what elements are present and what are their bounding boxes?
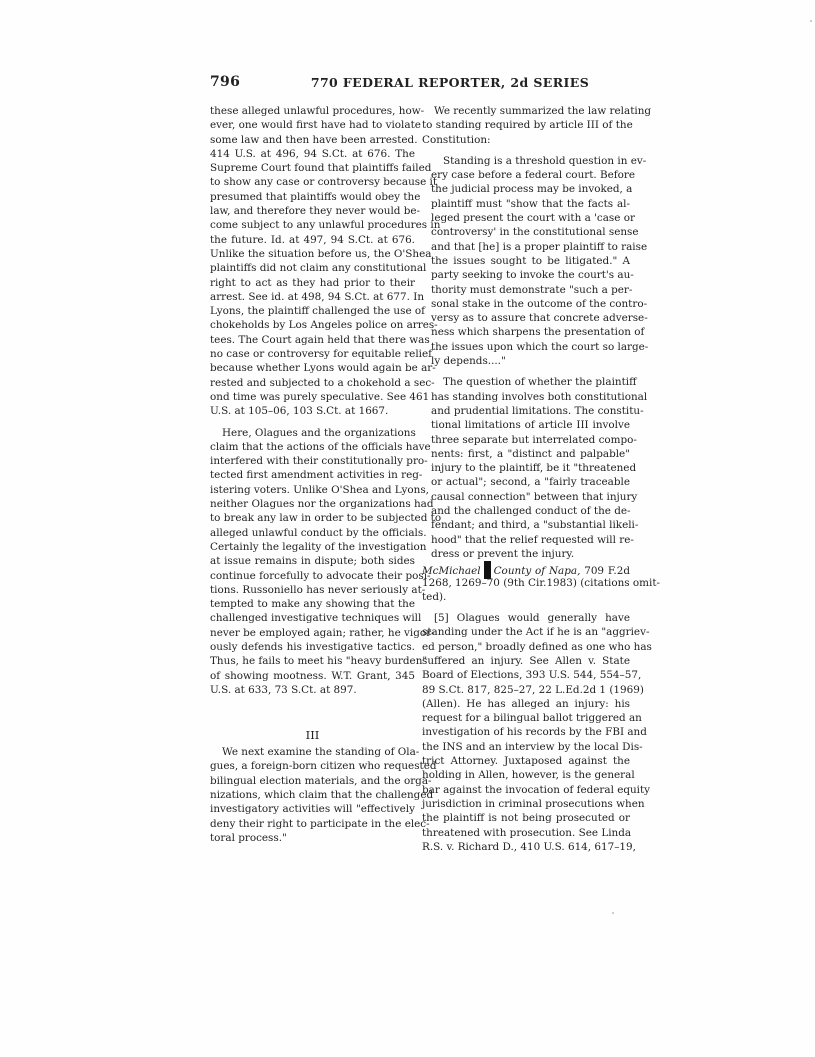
text-line: controversy' in the constitutional sense — [431, 225, 630, 239]
text-line: to standing required by article III of t… — [422, 118, 630, 132]
paragraph: Here, Olagues and the organizations clai… — [210, 426, 415, 698]
text-line: plaintiff must "show that the facts al- — [431, 197, 630, 211]
scan-artifact — [810, 20, 812, 22]
text-line: the issues upon which the court so large… — [431, 340, 630, 354]
text-line: Constitution: — [422, 133, 630, 147]
paragraph: these alleged unlawful procedures, how- … — [210, 104, 415, 419]
text-line: ously defends his investigative tactics. — [210, 640, 415, 654]
text-line: ery case before a federal court. Before — [431, 168, 630, 182]
text-line: of showing mootness. W.T. Grant, 345 — [210, 669, 415, 683]
text-line: threatened with prosecution. See Linda — [422, 826, 630, 840]
text-line: to break any law in order to be subjecte… — [210, 511, 415, 525]
text-line: Certainly the legality of the investigat… — [210, 540, 415, 554]
text-line: Lyons, the plaintiff challenged the use … — [210, 304, 415, 318]
text-line: jurisdiction in criminal prosecutions wh… — [422, 797, 630, 811]
text-line: Here, Olagues and the organizations — [210, 426, 415, 440]
text-line: never be employed again; rather, he vigo… — [210, 626, 415, 640]
citation: McMichaelCounty of Napa, 709 F.2d 1268, … — [422, 561, 630, 604]
text-line: tempted to make any showing that the — [210, 597, 415, 611]
text-line: request for a bilingual ballot triggered… — [422, 711, 630, 725]
text-line: nizations, which claim that the challeng… — [210, 788, 415, 802]
text-line: ever, one would first have had to violat… — [210, 118, 415, 132]
text-line: nents: first, a "distinct and palpable" — [431, 447, 630, 461]
text-line: istering voters. Unlike O'Shea and Lyons… — [210, 483, 415, 497]
text-line: thority must demonstrate "such a per- — [431, 283, 630, 297]
text-line: some law and then have been arrested. — [210, 133, 415, 147]
text-line: plaintiffs did not claim any constitutio… — [210, 261, 415, 275]
text-line: standing under the Act if he is an "aggr… — [422, 625, 630, 639]
text-line: ness which sharpens the presentation of — [431, 325, 630, 339]
text-line: Standing is a threshold question in ev- — [431, 154, 630, 168]
text-line: (Allen). He has alleged an injury: his — [422, 697, 630, 711]
page-number: 796 — [210, 74, 240, 90]
text-line: dress or prevent the injury. — [431, 547, 630, 561]
text-line: challenged investigative techniques will — [210, 611, 415, 625]
text-line: ond time was purely speculative. See 461 — [210, 390, 415, 404]
text-line: come subject to any unlawful procedures … — [210, 218, 415, 232]
text-line: ly depends...." — [431, 354, 630, 368]
text-line: the future. Id. at 497, 94 S.Ct. at 676. — [210, 233, 415, 247]
text-line: Thus, he fails to meet his "heavy burden… — [210, 654, 415, 668]
text-line: gues, a foreign-born citizen who request… — [210, 759, 415, 773]
text-line: ted). — [422, 590, 630, 604]
scan-artifact — [612, 912, 614, 914]
text-line: tions. Russoniello has never seriously a… — [210, 583, 415, 597]
scanned-page: 796 770 FEDERAL REPORTER, 2d SERIES thes… — [0, 0, 815, 1057]
text-line: holding in Allen, however, is the genera… — [422, 768, 630, 782]
text-line: has standing involves both constitutiona… — [431, 390, 630, 404]
paragraph: We recently summarized the law relating … — [422, 104, 630, 147]
left-column: these alleged unlawful procedures, how- … — [210, 104, 415, 845]
running-head: 770 FEDERAL REPORTER, 2d SERIES — [270, 75, 630, 90]
text-line: tional limitations of article III involv… — [431, 418, 630, 432]
text-line: presumed that plaintiffs would obey the — [210, 190, 415, 204]
section-heading: III — [210, 725, 415, 745]
text-line: [5] Olagues would generally have — [422, 611, 630, 625]
text-line: causal connection" between that injury — [431, 490, 630, 504]
text-line: U.S. at 105–06, 103 S.Ct. at 1667. — [210, 404, 415, 418]
text-line: arrest. See id. at 498, 94 S.Ct. at 677.… — [210, 290, 415, 304]
text-line: toral process." — [210, 831, 415, 845]
text-line: Board of Elections, 393 U.S. 544, 554–57… — [422, 668, 630, 682]
text-line: tected first amendment activities in reg… — [210, 468, 415, 482]
text-line: bilingual election materials, and the or… — [210, 774, 415, 788]
page-header: 796 770 FEDERAL REPORTER, 2d SERIES — [210, 74, 630, 92]
block-quote: Standing is a threshold question in ev- … — [422, 154, 630, 561]
text-line: sonal stake in the outcome of the contro… — [431, 297, 630, 311]
text-line: versy as to assure that concrete adverse… — [431, 311, 630, 325]
text-line: 1268, 1269–70 (9th Cir.1983) (citations … — [422, 576, 630, 590]
text-line: chokeholds by Los Angeles police on arre… — [210, 318, 415, 332]
text-line: McMichaelCounty of Napa, 709 F.2d — [422, 561, 630, 575]
text-line: because whether Lyons would again be ar- — [210, 361, 415, 375]
text-line: leged present the court with a 'case or — [431, 211, 630, 225]
text-line: The question of whether the plaintiff — [431, 375, 630, 389]
text-line: party seeking to invoke the court's au- — [431, 268, 630, 282]
text-line: tees. The Court again held that there wa… — [210, 333, 415, 347]
text-line: to show any case or controversy because … — [210, 175, 415, 189]
text-line: We next examine the standing of Ola- — [210, 745, 415, 759]
paragraph: [5] Olagues would generally have standin… — [422, 611, 630, 854]
right-column: We recently summarized the law relating … — [422, 104, 630, 854]
text-line: We recently summarized the law relating — [422, 104, 630, 118]
text-line: continue forcefully to advocate their po… — [210, 569, 415, 583]
text-line: Unlike the situation before us, the O'Sh… — [210, 247, 415, 261]
text-line: alleged unlawful conduct by the official… — [210, 526, 415, 540]
text-line: or actual"; second, a "fairly traceable — [431, 475, 630, 489]
text-line: interfered with their constitutionally p… — [210, 454, 415, 468]
text-line: investigation of his records by the FBI … — [422, 725, 630, 739]
text-line: right to act as they had prior to their — [210, 276, 415, 290]
text-line: U.S. at 633, 73 S.Ct. at 897. — [210, 683, 415, 697]
text-line: no case or controversy for equitable rel… — [210, 347, 415, 361]
text-line: at issue remains in dispute; both sides — [210, 554, 415, 568]
text-line: and the challenged conduct of the de- — [431, 504, 630, 518]
text-line: fendant; and third, a "substantial likel… — [431, 518, 630, 532]
text-line: the judicial process may be invoked, a — [431, 182, 630, 196]
text-line: ed person," broadly defined as one who h… — [422, 640, 630, 654]
text-line: these alleged unlawful procedures, how- — [210, 104, 415, 118]
text-line: claim that the actions of the officials … — [210, 440, 415, 454]
text-line: deny their right to participate in the e… — [210, 817, 415, 831]
text-line: investigatory activities will "effective… — [210, 802, 415, 816]
text-line: hood" that the relief requested will re- — [431, 533, 630, 547]
text-line: R.S. v. Richard D., 410 U.S. 614, 617–19… — [422, 840, 630, 854]
text-line: law, and therefore they never would be- — [210, 204, 415, 218]
text-line: the issues sought to be litigated." A — [431, 254, 630, 268]
text-line: 414 U.S. at 496, 94 S.Ct. at 676. The — [210, 147, 415, 161]
text-line: the INS and an interview by the local Di… — [422, 740, 630, 754]
text-line: and that [he] is a proper plaintiff to r… — [431, 240, 630, 254]
text-line: three separate but interrelated compo- — [431, 433, 630, 447]
text-line: rested and subjected to a chokehold a se… — [210, 376, 415, 390]
text-line: Supreme Court found that plaintiffs fail… — [210, 161, 415, 175]
text-line: trict Attorney. Juxtaposed against the — [422, 754, 630, 768]
text-line: bar against the invocation of federal eq… — [422, 783, 630, 797]
text-line: suffered an injury. See Allen v. State — [422, 654, 630, 668]
text-line: neither Olagues nor the organizations ha… — [210, 497, 415, 511]
paragraph: We next examine the standing of Ola- gue… — [210, 745, 415, 845]
text-line: 89 S.Ct. 817, 825–27, 22 L.Ed.2d 1 (1969… — [422, 683, 630, 697]
text-line: injury to the plaintiff, be it "threaten… — [431, 461, 630, 475]
text-line: the plaintiff is not being prosecuted or — [422, 811, 630, 825]
text-line: and prudential limitations. The constitu… — [431, 404, 630, 418]
